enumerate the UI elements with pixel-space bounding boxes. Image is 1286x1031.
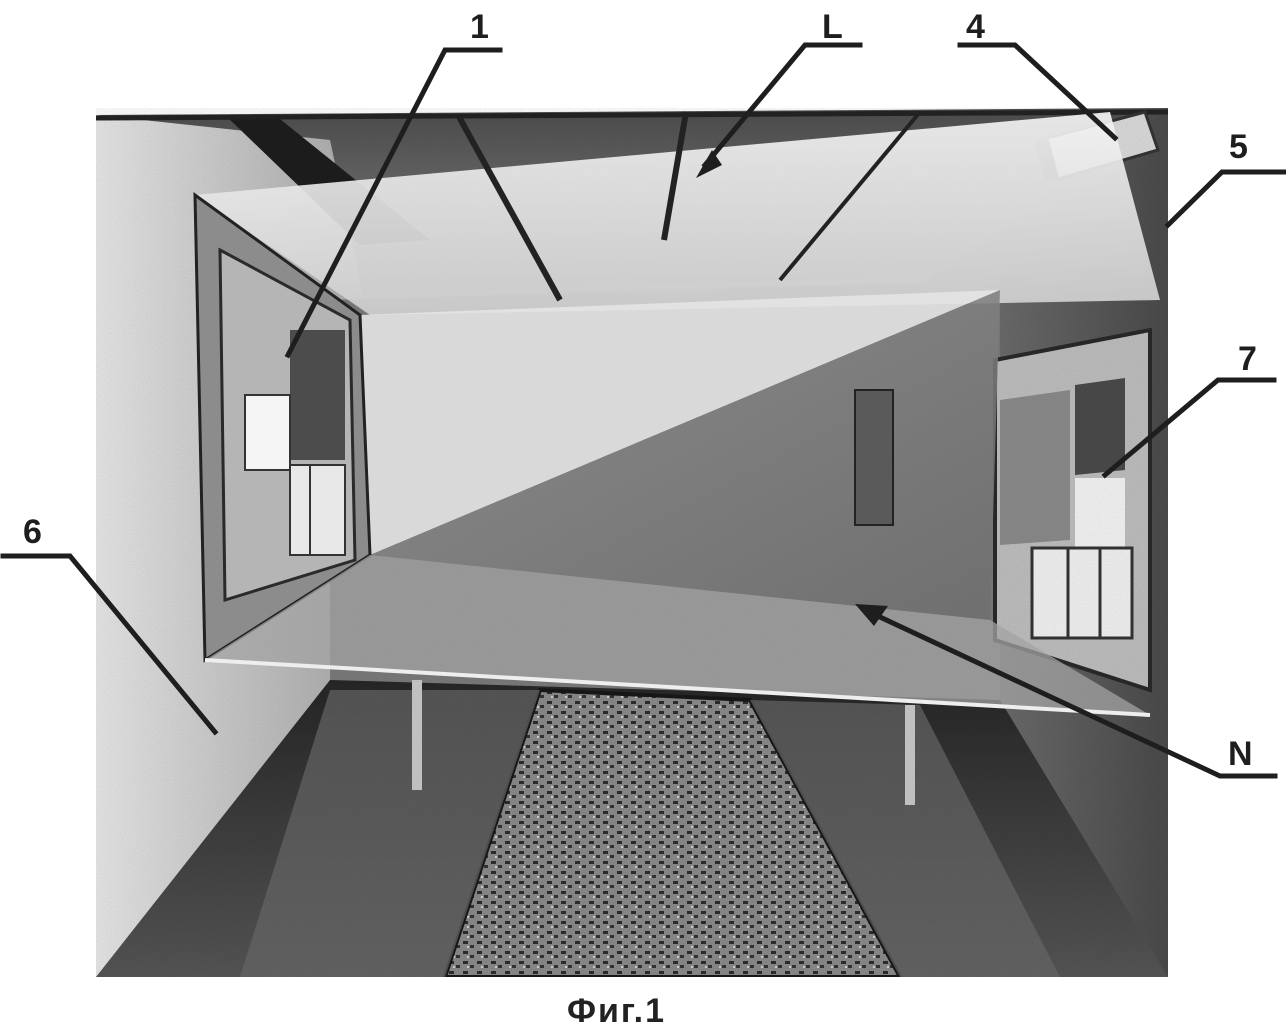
svg-text:N: N: [1228, 735, 1253, 773]
figure-caption: Фиг.1: [567, 992, 666, 1030]
right-wall-window: [995, 330, 1150, 690]
patent-figure: 1 L 4 5 7 6 N Фиг.1: [0, 0, 1286, 1031]
svg-text:4: 4: [966, 8, 985, 46]
svg-text:1: 1: [470, 8, 489, 46]
wall-painting: [855, 390, 893, 525]
svg-text:5: 5: [1229, 128, 1248, 166]
svg-text:7: 7: [1238, 340, 1257, 378]
window-pane-dark: [290, 330, 345, 460]
svg-text:6: 6: [23, 513, 42, 551]
label-5: 5: [1168, 128, 1284, 225]
svg-text:L: L: [822, 8, 843, 46]
